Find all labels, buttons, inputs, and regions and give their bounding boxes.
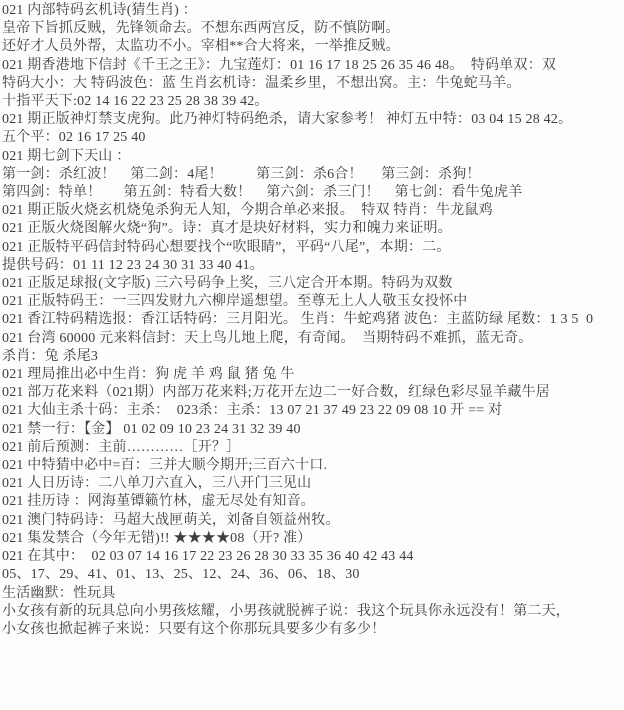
text-line-five-flat-numbers: 五个平：02 16 17 25 40 xyxy=(2,129,624,147)
text-line-magic-lamp: 021 期正版神灯禁支虎狗。此乃神灯特码绝杀，请大家参考！ 神灯五中特：03 0… xyxy=(2,111,624,129)
text-line-jifa-forbidden: 021 集发禁合（今年无错)!! ★★★★08（开? 准） xyxy=(2,530,624,548)
text-line-macau-poem: 021 澳门特码诗：马超大战匣萌关，刘备自领益州牧。 xyxy=(2,512,624,530)
text-line-kill-zodiac-tail: 杀肖：兔 杀尾3 xyxy=(2,348,624,366)
text-line-calendar-poem-2: 021 挂历诗 ：网海堇镡籁竹林，虚无尽处有知音。 xyxy=(2,493,624,511)
text-line-poem-1: 皇帝下旨抓反贼，先锋领命去。不想东西两宫反，防不慎防啊。 xyxy=(2,20,624,38)
lottery-tips-document: 021 内部特码玄机诗(猜生肖) ： 皇帝下旨抓反贼，先锋领命去。不想东西两宫反… xyxy=(0,0,624,710)
text-line-forbidden-row: 021 禁一行：【金】 01 02 09 10 23 24 31 32 39 4… xyxy=(2,421,624,439)
text-line-hk-envelope: 021 期香港地下信封《千王之王》：九宝莲灯：01 16 17 18 25 26… xyxy=(2,57,624,75)
text-line-humor-title: 生活幽默：性玩具 xyxy=(2,585,624,603)
text-line-xiangjiang-report: 021 香江特码精选报：香江话特码：三月阳光。 生肖：牛蛇鸡猪 波色：主蓝防绿 … xyxy=(2,311,624,329)
text-line-daxian-kill-ten: 021 大仙主杀十码：主杀： 023杀：主杀：13 07 21 37 49 23… xyxy=(2,402,624,420)
text-line-swords-row-2: 第四剑：特单！ 第五剑：特看大数！ 第六剑：杀三门！ 第七剑：看牛兔虎羊 xyxy=(2,184,624,202)
text-line-poem-2: 还好才人员外帮，太监功不小。宰相**合大将来，一举推反贼。 xyxy=(2,38,624,56)
text-line-special-code-king: 021 正版特码王：一三四发财九六柳岸遥想望。至尊无上人人敬玉女投怀中 xyxy=(2,293,624,311)
text-line-football-report: 021 正版足球报(文字版) 三六号码争上奖，三八定合开本期。特码为双数 xyxy=(2,275,624,293)
text-line-among-numbers: 021 在其中： 02 03 07 14 16 17 22 23 26 28 3… xyxy=(2,548,624,566)
text-line-bureau-zodiacs: 021 理局推出必中生肖：狗 虎 羊 鸡 鼠 猪 兔 牛 xyxy=(2,366,624,384)
text-line-seven-swords-title: 021 期七剑下天山 ： xyxy=(2,148,624,166)
text-line-swords-row-1: 第一剑：杀红波！ 第二剑：4尾！ 第三剑：杀6合！ 第三剑：杀狗！ xyxy=(2,166,624,184)
text-line-taiwan-envelope: 021 台湾 60000 元来料信封：天上鸟儿地上爬，有奇闻。 当期特码不难抓，… xyxy=(2,330,624,348)
text-line-humor-body-2: 小女孩也掀起裤子来说：只要有这个你那玩具要多少有多少！ xyxy=(2,621,624,639)
text-line-number-sequence: 05、17、29、41、01、13、25、12、24、36、06、18、30 xyxy=(2,566,624,584)
text-line-middle-special-guess: 021 中特猜中必中=百：三并大顺今期开;三百六十口. xyxy=(2,457,624,475)
text-line-flat-code-envelope: 021 正版特平码信封特码心想要找个“吹眼睛”，平码“八尾”，本期：二。 xyxy=(2,239,624,257)
text-line-fire-mystery: 021 期正版火烧玄机烧兔杀狗无人知，今期合单必来报。 特双 特肖：牛龙鼠鸡 xyxy=(2,202,624,220)
text-line-calendar-poem-1: 021 人日历诗：二八单刀六直入，三八开门三见山 xyxy=(2,475,624,493)
text-line-provided-numbers: 提供号码：01 11 12 23 24 30 31 33 40 41。 xyxy=(2,257,624,275)
text-line-wanhua-material: 021 部万花来料（021期）内部万花来料;万花开左边二一好合数，红绿色彩尽显羊… xyxy=(2,384,624,402)
text-line-fire-diagram: 021 正版火烧图解火烧“狗”。诗：真才是块好材料，实力和魄力来证明。 xyxy=(2,220,624,238)
text-line-special-code-poem-title: 021 内部特码玄机诗(猜生肖) ： xyxy=(2,2,624,20)
text-line-code-size-color: 特码大小：大 特码波色：蓝 生肖玄机诗：温柔乡里，不想出窝。主：牛兔蛇马羊。 xyxy=(2,75,624,93)
text-line-forecast: 021 前后预测：主前…………［开？］ xyxy=(2,439,624,457)
text-line-humor-body-1: 小女孩有新的玩具总向小男孩炫耀，小男孩就脱裤子说：我这个玩具你永远没有！第二天， xyxy=(2,603,624,621)
text-line-ten-fingers-numbers: 十指平天下:02 14 16 22 23 25 28 38 39 42。 xyxy=(2,93,624,111)
